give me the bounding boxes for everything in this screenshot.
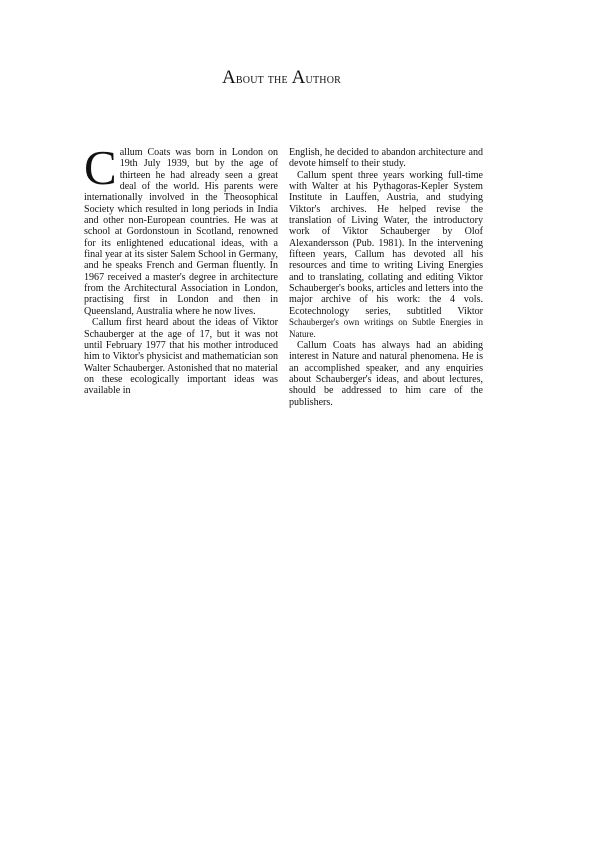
page-title: About the Author xyxy=(0,68,563,89)
paragraph-continuation: English, he decided to abandon architect… xyxy=(289,147,483,170)
paragraph-three-years-text: Callum spent three years working full-ti… xyxy=(289,170,483,317)
left-column: Callum Coats was born in London on 19th … xyxy=(84,147,278,397)
paragraph-abiding-interest: Callum Coats has always had an abiding i… xyxy=(289,340,483,408)
paragraph-birth: Callum Coats was born in London on 19th … xyxy=(84,147,278,317)
right-column: English, he decided to abandon architect… xyxy=(289,147,483,408)
title-part-bout: bout the xyxy=(236,71,292,87)
title-initial-a2: A xyxy=(292,67,306,88)
drop-cap: C xyxy=(84,149,117,185)
paragraph-first-heard: Callum first heard about the ideas of Vi… xyxy=(84,317,278,396)
paragraph-three-years: Callum spent three years working full-ti… xyxy=(289,170,483,340)
paragraph-three-years-small-text: Schauberger's own writings on Subtle Ene… xyxy=(289,317,483,338)
title-initial-a: A xyxy=(222,67,236,88)
title-part-uthor: uthor xyxy=(306,71,341,87)
